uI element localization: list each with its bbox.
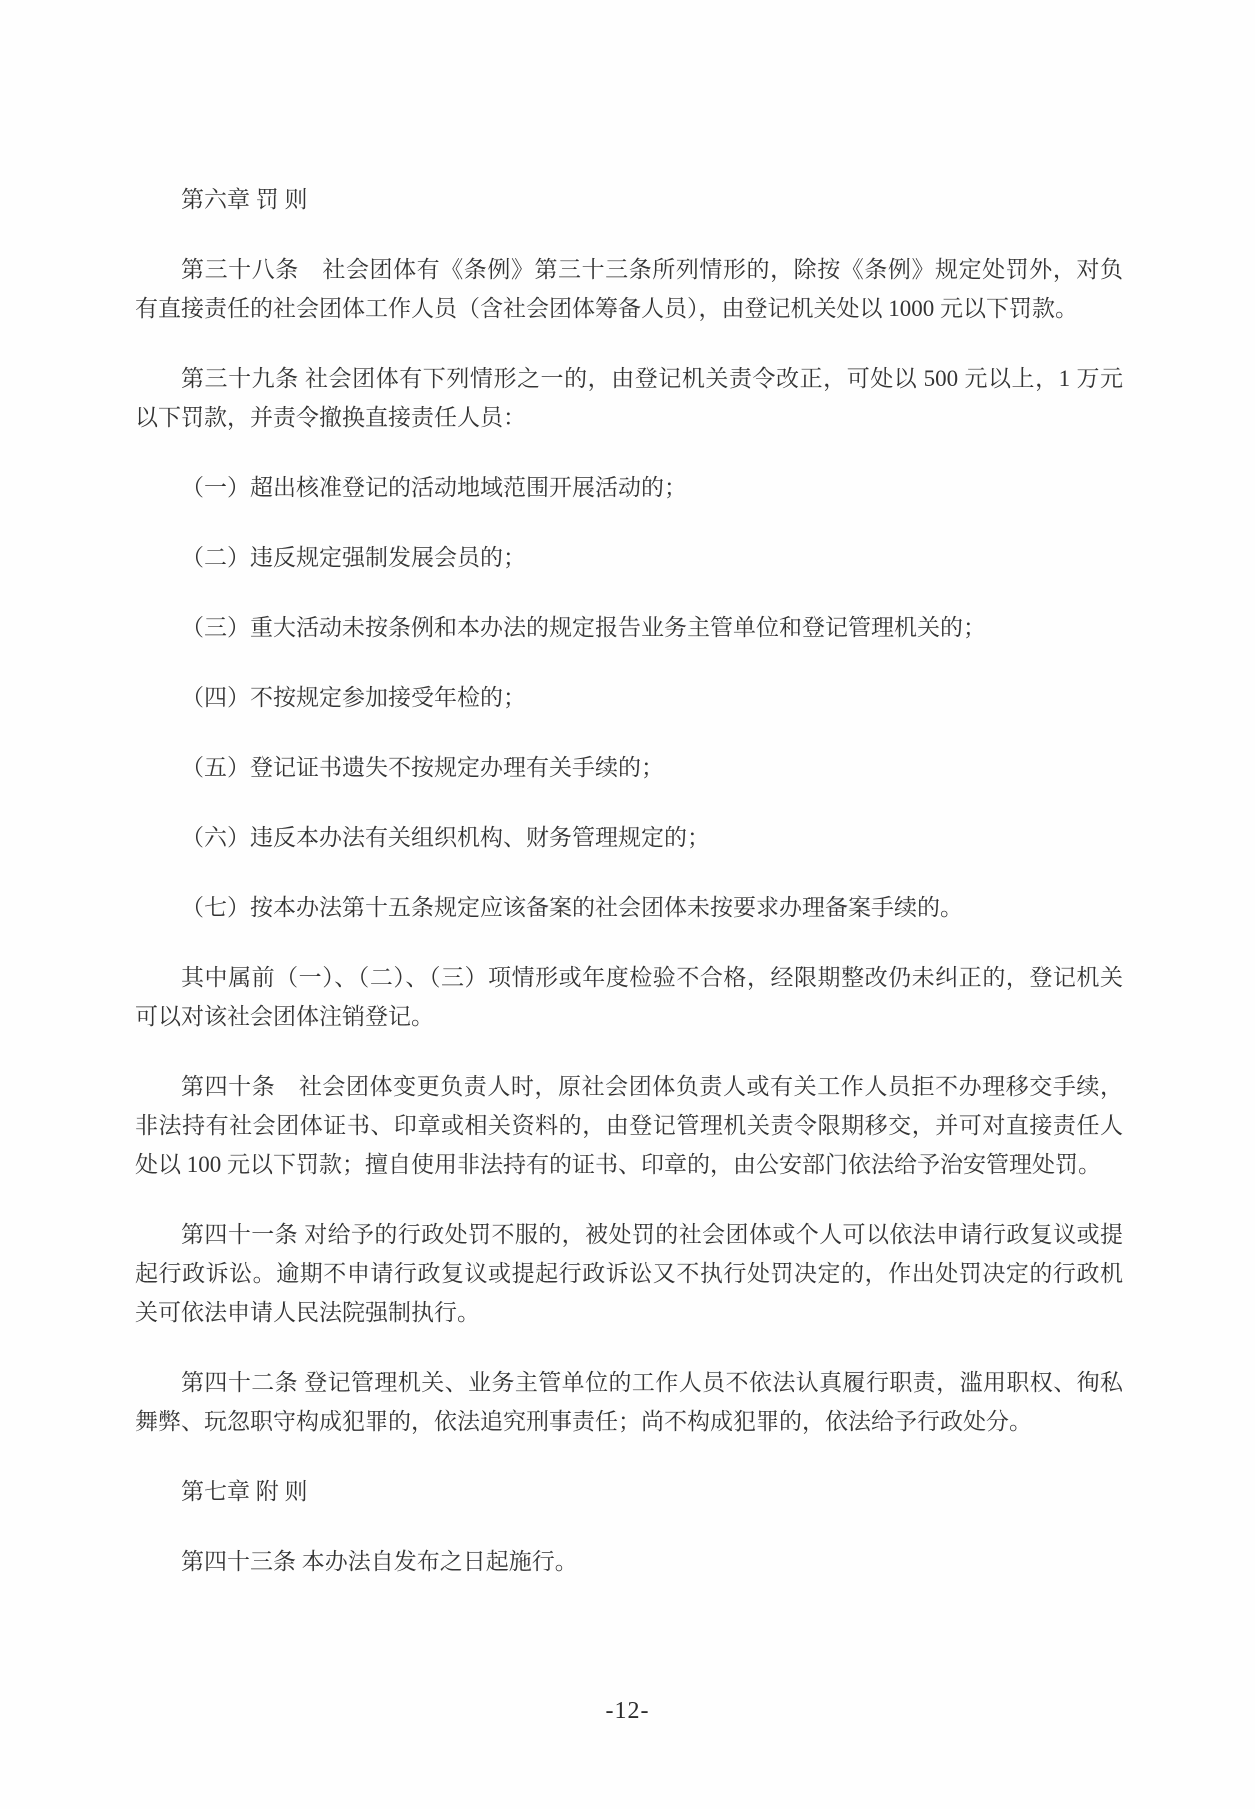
article-40: 第四十条 社会团体变更负责人时，原社会团体负责人或有关工作人员拒不办理移交手续，… [135, 1067, 1123, 1184]
chapter-7-heading: 第七章 附 则 [135, 1472, 1123, 1511]
article-39-item-3: （三）重大活动未按条例和本办法的规定报告业务主管单位和登记管理机关的； [135, 608, 1123, 647]
article-39: 第三十九条 社会团体有下列情形之一的，由登记机关责令改正，可处以 500 元以上… [135, 359, 1123, 437]
article-39-item-2: （二）违反规定强制发展会员的； [135, 538, 1123, 577]
document-content: 第六章 罚 则 第三十八条 社会团体有《条例》第三十三条所列情形的，除按《条例》… [135, 180, 1123, 1612]
article-39-item-7: （七）按本办法第十五条规定应该备案的社会团体未按要求办理备案手续的。 [135, 888, 1123, 927]
document-page: 第六章 罚 则 第三十八条 社会团体有《条例》第三十三条所列情形的，除按《条例》… [0, 0, 1255, 1809]
article-39-item-1: （一）超出核准登记的活动地域范围开展活动的； [135, 468, 1123, 507]
page-number: -12- [0, 1698, 1255, 1725]
article-39-item-6: （六）违反本办法有关组织机构、财务管理规定的； [135, 818, 1123, 857]
article-39-item-5: （五）登记证书遗失不按规定办理有关手续的； [135, 748, 1123, 787]
article-39-item-4: （四）不按规定参加接受年检的； [135, 678, 1123, 717]
article-41: 第四十一条 对给予的行政处罚不服的，被处罚的社会团体或个人可以依法申请行政复议或… [135, 1215, 1123, 1332]
article-38: 第三十八条 社会团体有《条例》第三十三条所列情形的，除按《条例》规定处罚外，对负… [135, 250, 1123, 328]
article-39-closing-clause: 其中属前（一）、（二）、（三）项情形或年度检验不合格，经限期整改仍未纠正的，登记… [135, 958, 1123, 1036]
article-43: 第四十三条 本办法自发布之日起施行。 [135, 1542, 1123, 1581]
chapter-6-heading: 第六章 罚 则 [135, 180, 1123, 219]
article-42: 第四十二条 登记管理机关、业务主管单位的工作人员不依法认真履行职责，滥用职权、徇… [135, 1363, 1123, 1441]
